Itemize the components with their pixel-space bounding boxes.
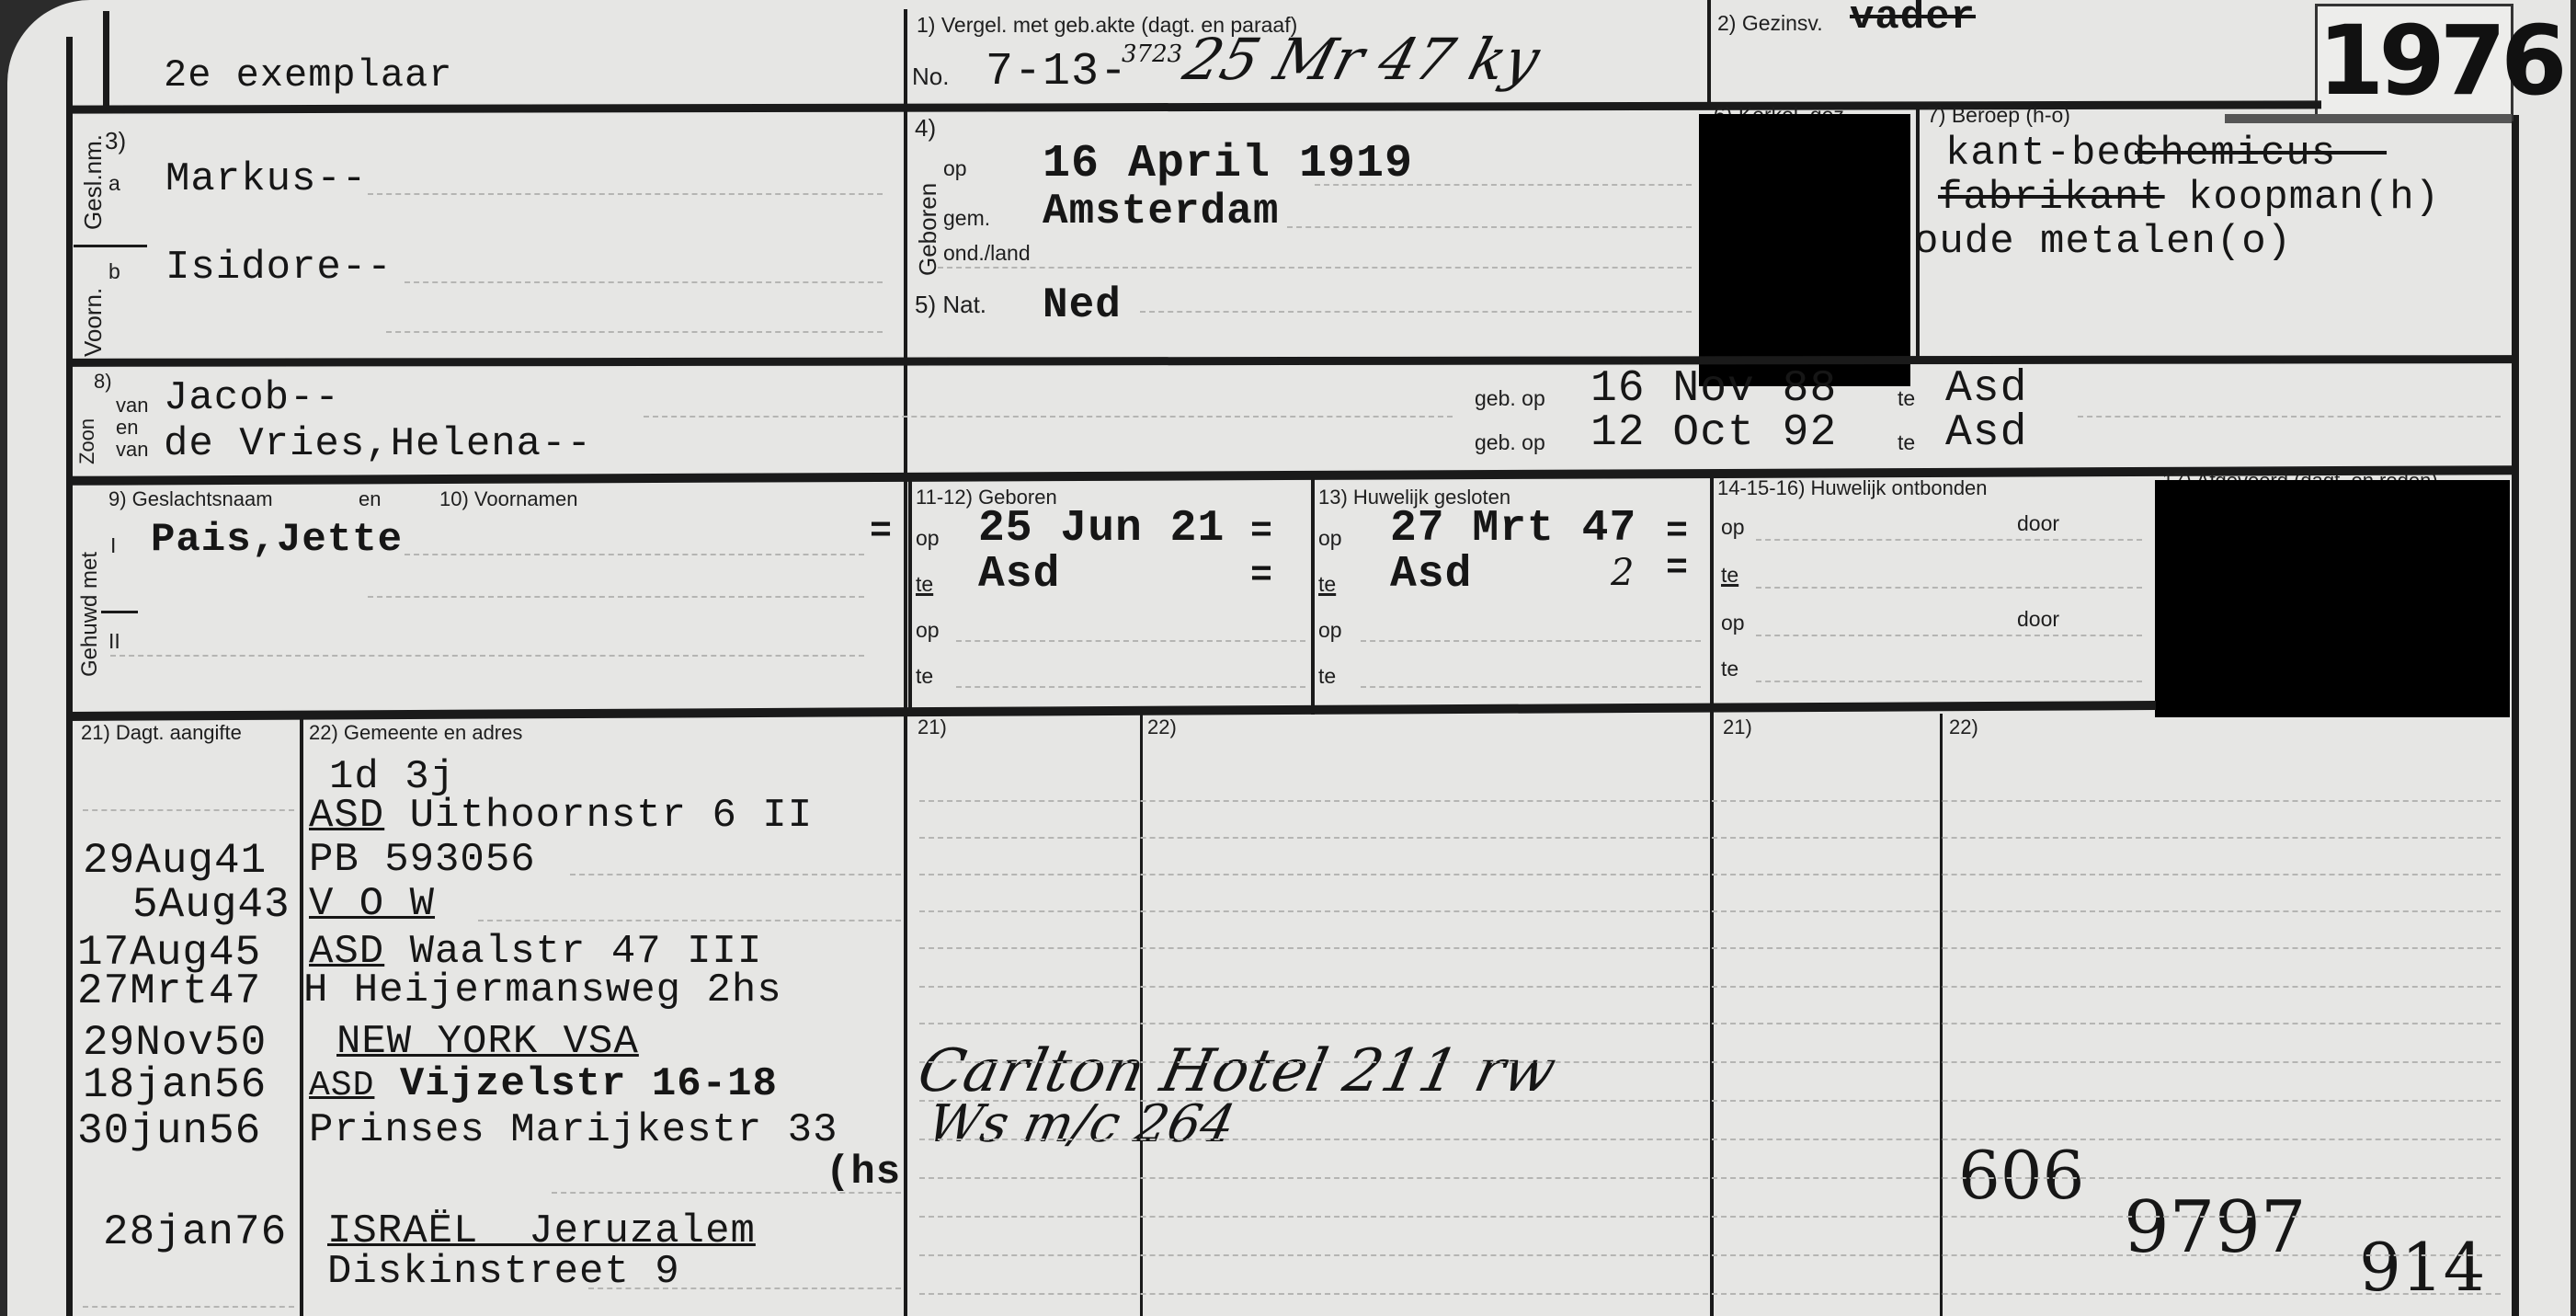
- col21b-divider: [1140, 714, 1143, 1316]
- field9-label: 9) Geslachtsnaam: [108, 487, 273, 511]
- rule: [405, 554, 864, 555]
- rule: [368, 193, 883, 195]
- spouse1-ditto: =: [870, 511, 892, 553]
- address-row-8: Prinses Marijkestr 33: [309, 1107, 838, 1153]
- occupation-line2-a: fabrikant: [1938, 175, 2165, 221]
- field2-value: vader: [1850, 0, 1976, 40]
- date-row-5: 27Mrt47: [77, 967, 261, 1015]
- address-row-9: (hs: [826, 1150, 901, 1196]
- marriage-date: 27 Mrt 47: [1390, 504, 1636, 554]
- rule: [919, 1216, 2501, 1218]
- field1-number: 7-13-: [986, 46, 1128, 98]
- rule: [1361, 640, 1701, 642]
- mother-te: te: [1898, 430, 1915, 455]
- field13-op1: op: [1318, 526, 1342, 551]
- given-names-value: Isidore--: [165, 245, 393, 291]
- rule: [1756, 587, 2142, 589]
- occupation-line1-a: kant-bed: [1945, 131, 2147, 177]
- field11-ditto1: =: [1250, 511, 1272, 553]
- field13-divider: [1311, 474, 1315, 715]
- date-row-2: 29Aug41: [83, 837, 267, 885]
- rule: [1756, 681, 2142, 682]
- year-stamp: 1976: [2315, 4, 2513, 121]
- field11-op1: op: [916, 526, 940, 551]
- rule: [919, 1177, 2501, 1179]
- field5-label: 5) Nat.: [915, 291, 986, 319]
- field14-door1: door: [2017, 511, 2059, 536]
- rule: [83, 1306, 294, 1308]
- father-born-label: geb. op: [1475, 386, 1545, 411]
- spouse-birth-date: 25 Jun 21: [978, 504, 1225, 554]
- rule: [1140, 311, 1692, 313]
- field7-top-border: [2225, 114, 2512, 123]
- col22b-label: 22): [1147, 715, 1177, 739]
- date-row-7: 18jan56: [83, 1061, 267, 1109]
- marriage-place: Asd: [1390, 550, 1472, 600]
- birth-municipality-value: Amsterdam: [1043, 188, 1279, 235]
- field1-divider: [904, 9, 907, 1316]
- field10-label: 10) Voornamen: [439, 487, 577, 511]
- rule: [1361, 686, 1701, 688]
- birth-date-value: 16 April 1919: [1043, 138, 1413, 190]
- father-born-place: Asd: [1945, 364, 2027, 414]
- redaction-box: [2155, 480, 2510, 717]
- rule: [644, 416, 1453, 418]
- father-te: te: [1898, 386, 1915, 411]
- occupation-line1-b: chemicus--: [2135, 131, 2387, 177]
- field7-label: 7) Beroep (h-o): [1927, 103, 2070, 128]
- rule: [1287, 226, 1692, 228]
- rule: [405, 281, 883, 283]
- address-row-7: ASD Vijzelstr 16-18: [309, 1061, 778, 1107]
- rule: [588, 1287, 901, 1289]
- rule: [919, 1061, 2501, 1063]
- rule: [919, 1293, 2501, 1295]
- redaction-box: [1699, 114, 1910, 386]
- spouse-row2-marker: II: [108, 629, 120, 654]
- rule: [1315, 184, 1692, 186]
- date-row-10: 28jan76: [103, 1208, 287, 1256]
- rule: [919, 1139, 2501, 1140]
- field3-label: 3): [105, 127, 126, 155]
- field8-label: 8): [94, 370, 112, 394]
- field14-label: 14-15-16) Huwelijk ontbonden: [1717, 476, 1988, 500]
- spouse-row1-marker: I: [110, 533, 116, 558]
- card-right-border: [2512, 115, 2519, 1316]
- field14-te2: te: [1721, 657, 1738, 681]
- address-row-3: V O W: [309, 881, 435, 927]
- field13-op2: op: [1318, 618, 1342, 643]
- nationality-value: Ned: [1043, 281, 1122, 329]
- field1-no-label: No.: [912, 63, 949, 91]
- date-row-6: 29Nov50: [83, 1019, 267, 1067]
- col22c-label: 22): [1949, 715, 1978, 739]
- field8-van1: van: [116, 394, 148, 418]
- rule: [919, 986, 2501, 988]
- copy-label: 2e exemplaar: [164, 53, 452, 97]
- rule: [956, 640, 1305, 642]
- field11-te1: te: [916, 572, 933, 597]
- rule: [368, 596, 864, 598]
- rule: [83, 809, 294, 811]
- name-split-mark: [74, 245, 147, 247]
- occupation-line2-b: koopman(h): [2188, 175, 2440, 221]
- rule: [478, 920, 901, 921]
- field11-divider: [908, 474, 912, 715]
- field1-number-small: 3723: [1122, 40, 1182, 68]
- marriage-mark: 2: [1611, 552, 1634, 594]
- field4-gem-label: gem.: [943, 206, 990, 231]
- rule: [1756, 539, 2142, 541]
- field13-ditto2: =: [1666, 548, 1688, 589]
- field13-te2: te: [1318, 664, 1336, 689]
- field11-ditto2: =: [1250, 555, 1272, 597]
- col22-label: 22) Gemeente en adres: [309, 721, 522, 745]
- date-row-8: 30jun56: [77, 1107, 261, 1155]
- rule: [1756, 635, 2142, 636]
- field4-label: 4): [915, 114, 936, 143]
- side-label-married-to: Gehuwd met: [77, 552, 103, 677]
- col21c-label: 21): [1723, 715, 1752, 739]
- spouse1-name: Pais,Jette: [151, 517, 403, 563]
- rule: [386, 331, 883, 333]
- address-row-5: H Heijermansweg 2hs: [303, 967, 782, 1013]
- address-row-1: ASD Uithoornstr 6 II: [309, 793, 813, 839]
- rule: [552, 1192, 901, 1194]
- field14-op2: op: [1721, 611, 1745, 635]
- rule: [919, 1100, 2501, 1102]
- field13-te1: te: [1318, 572, 1336, 597]
- field14-door2: door: [2017, 607, 2059, 632]
- field14-te1: te: [1721, 563, 1738, 588]
- field11-op2: op: [916, 618, 940, 643]
- rule: [919, 947, 2501, 949]
- side-label-born: Geboren: [914, 183, 942, 276]
- rule: [919, 1023, 2501, 1024]
- mother-born-label: geb. op: [1475, 430, 1545, 455]
- rule: [2078, 416, 2501, 418]
- col21c-divider: [1940, 714, 1943, 1316]
- mother-born-place: Asd: [1945, 408, 2027, 458]
- rule: [938, 267, 1692, 269]
- field9-en-label: en: [359, 487, 381, 511]
- mother-name: de Vries,Helena--: [164, 421, 592, 467]
- address-row-6: NEW YORK VSA: [336, 1019, 639, 1065]
- side-label-surname: Gesl.nm.: [79, 134, 108, 230]
- date-row-3: 5Aug43: [132, 881, 291, 929]
- field8-en: en: [116, 416, 138, 440]
- field3-a-marker: a: [108, 171, 120, 196]
- card-left-border: [66, 37, 73, 1316]
- father-name: Jacob--: [164, 375, 340, 421]
- rule: [919, 874, 2501, 875]
- handwritten-note-line2: Ws m/c 264: [922, 1094, 1240, 1154]
- field1-handwritten-paraaf: 25 Mr 47 ky: [1177, 26, 1546, 93]
- surname-value: Markus--: [165, 156, 367, 202]
- field4-ond-label: ond./land: [943, 241, 1031, 266]
- side-label-given: Voorn.: [79, 288, 108, 357]
- copy-box-divider: [103, 11, 109, 110]
- col21-divider: [300, 714, 303, 1316]
- occupation-line3: oude metalen(o): [1914, 219, 2292, 265]
- field8-van2: van: [116, 438, 148, 462]
- rule: [956, 686, 1305, 688]
- rule: [570, 874, 901, 875]
- spouse-split-mark: [101, 611, 138, 613]
- field11-te2: te: [916, 664, 933, 689]
- field13-ditto1: =: [1666, 511, 1688, 553]
- rule: [919, 1254, 2501, 1256]
- field14-op1: op: [1721, 515, 1745, 540]
- field4-op-label: op: [943, 156, 967, 181]
- mother-born-date: 12 Oct 92: [1590, 408, 1837, 458]
- col21b-label: 21): [918, 715, 947, 739]
- rule: [919, 800, 2501, 802]
- address-row-10: ISRAËL Jeruzalem: [327, 1208, 756, 1254]
- field2-label: 2) Gezinsv.: [1717, 11, 1823, 36]
- side-label-son: Zoon: [75, 418, 99, 464]
- handwritten-number-2: 9797: [2124, 1186, 2307, 1269]
- handwritten-number-1: 606: [1958, 1137, 2084, 1214]
- spouse-birth-place: Asd: [978, 550, 1060, 600]
- rule: [919, 910, 2501, 912]
- rule: [919, 837, 2501, 839]
- field2-divider: [1707, 0, 1711, 109]
- col21-label: 21) Dagt. aangifte: [81, 721, 242, 745]
- address-row-2: PB 593056: [309, 837, 536, 883]
- rule: [110, 655, 864, 657]
- father-born-date: 16 Nov 88: [1590, 364, 1837, 414]
- field14-divider: [1710, 474, 1714, 1316]
- field3-b-marker: b: [108, 259, 120, 284]
